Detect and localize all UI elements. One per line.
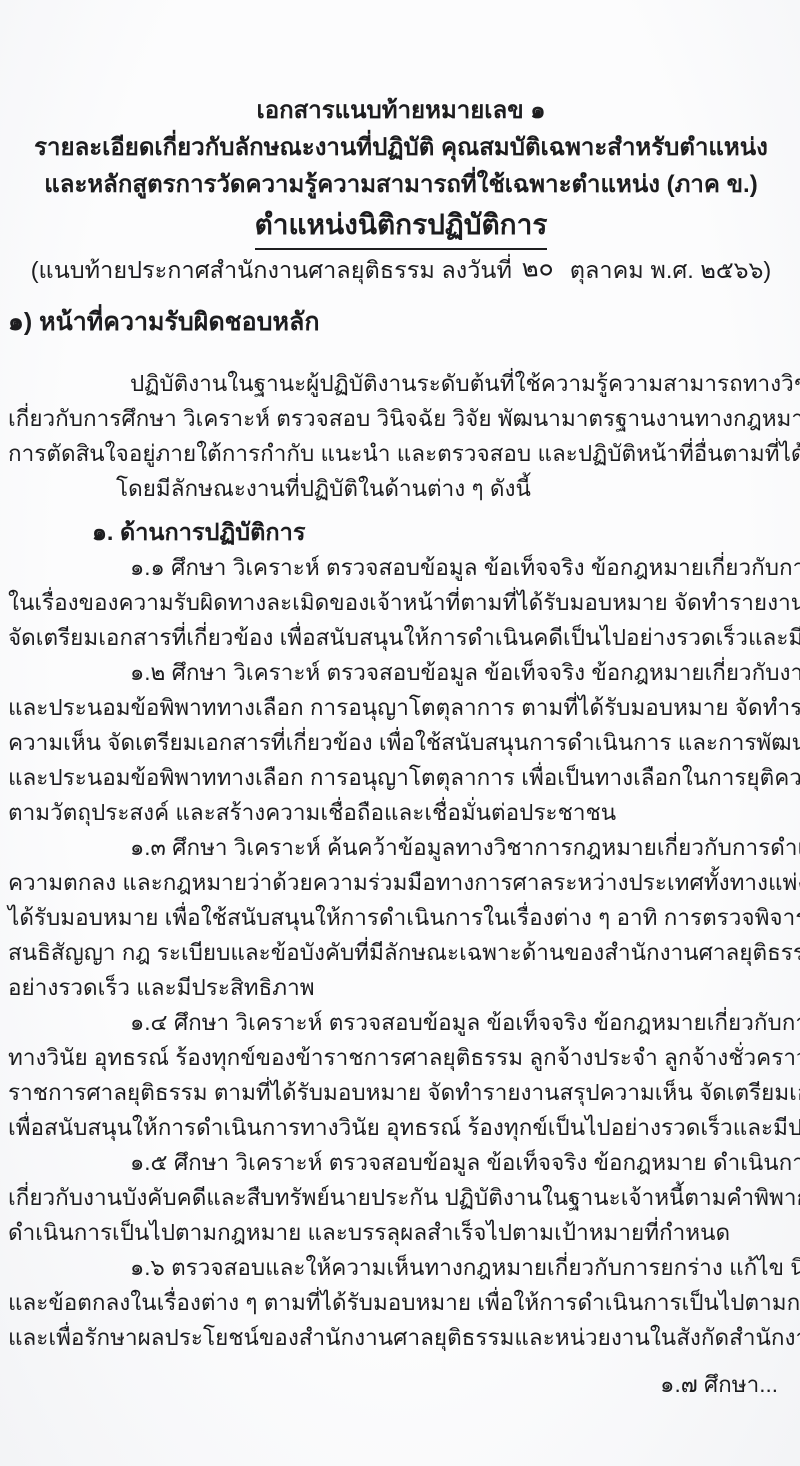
document-page: เอกสารแนบท้ายหมายเลข ๑ รายละเอียดเกี่ยวก… xyxy=(0,0,800,1466)
subsection-operations-heading: ๑. ด้านการปฏิบัติการ xyxy=(8,514,794,550)
text-line: ราชการศาลยุติธรรม ตามที่ได้รับมอบหมาย จั… xyxy=(8,1075,794,1110)
duty-item-1-2: ๑.๒ ศึกษา วิเคราะห์ ตรวจสอบข้อมูล ข้อเท็… xyxy=(8,655,794,830)
text-line: ๑.๒ ศึกษา วิเคราะห์ ตรวจสอบข้อมูล ข้อเท็… xyxy=(8,655,794,690)
attachment-number-line: เอกสารแนบท้ายหมายเลข ๑ xyxy=(8,92,794,129)
text-line: และข้อตกลงในเรื่องต่าง ๆ ตามที่ได้รับมอบ… xyxy=(8,1285,794,1320)
text-line: ๑.๖ ตรวจสอบและให้ความเห็นทางกฎหมายเกี่ยว… xyxy=(8,1250,794,1285)
text-line: และเพื่อรักษาผลประโยชน์ของสำนักงานศาลยุต… xyxy=(8,1320,794,1355)
text-line: เกี่ยวกับการศึกษา วิเคราะห์ ตรวจสอบ วินิ… xyxy=(8,401,794,436)
text-line: ๑.๑ ศึกษา วิเคราะห์ ตรวจสอบข้อมูล ข้อเท็… xyxy=(8,550,794,585)
job-detail-line: รายละเอียดเกี่ยวกับลักษณะงานที่ปฏิบัติ ค… xyxy=(8,129,794,166)
intro-paragraph: ปฏิบัติงานในฐานะผู้ปฏิบัติงานระดับต้นที่… xyxy=(8,366,794,506)
handwritten-date: ๒๐ xyxy=(520,247,554,289)
text-line: ดำเนินการเป็นไปตามกฎหมาย และบรรลุผลสำเร็… xyxy=(8,1215,794,1250)
position-title: ตำแหน่งนิติกรปฏิบัติการ xyxy=(255,203,548,250)
text-line: ตามวัตถุประสงค์ และสร้างความเชื่อถือและเ… xyxy=(8,795,794,830)
duty-item-1-3: ๑.๓ ศึกษา วิเคราะห์ ค้นคว้าข้อมูลทางวิชา… xyxy=(8,830,794,1005)
duty-item-1-1: ๑.๑ ศึกษา วิเคราะห์ ตรวจสอบข้อมูล ข้อเท็… xyxy=(8,550,794,655)
duty-item-1-6: ๑.๖ ตรวจสอบและให้ความเห็นทางกฎหมายเกี่ยว… xyxy=(8,1250,794,1355)
duty-item-1-5: ๑.๕ ศึกษา วิเคราะห์ ตรวจสอบข้อมูล ข้อเท็… xyxy=(8,1145,794,1250)
text-line: และประนอมข้อพิพาททางเลือก การอนุญาโตตุลา… xyxy=(8,690,794,725)
text-line: ในเรื่องของความรับผิดทางละเมิดของเจ้าหน้… xyxy=(8,585,794,620)
document-header: เอกสารแนบท้ายหมายเลข ๑ รายละเอียดเกี่ยวก… xyxy=(8,92,794,290)
section-main-duties: ๑) หน้าที่ความรับผิดชอบหลัก ปฏิบัติงานใน… xyxy=(8,304,794,1355)
text-line: ๑.๕ ศึกษา วิเคราะห์ ตรวจสอบข้อมูล ข้อเท็… xyxy=(8,1145,794,1180)
text-line: โดยมีลักษณะงานที่ปฏิบัติในด้านต่าง ๆ ดัง… xyxy=(8,471,794,506)
text-line: เกี่ยวกับงานบังคับคดีและสืบทรัพย์นายประก… xyxy=(8,1180,794,1215)
text-line: อย่างรวดเร็ว และมีประสิทธิภาพ xyxy=(8,970,794,1005)
text-line: ๑.๓ ศึกษา วิเคราะห์ ค้นคว้าข้อมูลทางวิชา… xyxy=(8,830,794,865)
text-line: การตัดสินใจอยู่ภายใต้การกำกับ แนะนำ และต… xyxy=(8,436,794,471)
text-line: ปฏิบัติงานในฐานะผู้ปฏิบัติงานระดับต้นที่… xyxy=(8,366,794,401)
text-line: เพื่อสนับสนุนให้การดำเนินการทางวินัย อุท… xyxy=(8,1110,794,1145)
text-line: ความเห็น จัดเตรียมเอกสารที่เกี่ยวข้อง เพ… xyxy=(8,725,794,760)
text-line: ความตกลง และกฎหมายว่าด้วยความร่วมมือทางก… xyxy=(8,865,794,900)
duty-item-1-4: ๑.๔ ศึกษา วิเคราะห์ ตรวจสอบข้อมูล ข้อเท็… xyxy=(8,1005,794,1145)
text-line: ทางวินัย อุทธรณ์ ร้องทุกข์ของข้าราชการศา… xyxy=(8,1040,794,1075)
section-1-heading: ๑) หน้าที่ความรับผิดชอบหลัก xyxy=(8,304,794,340)
page-continuation-marker: ๑.๗ ศึกษา... xyxy=(8,1367,794,1402)
curriculum-line: และหลักสูตรการวัดความรู้ความสามารถที่ใช้… xyxy=(8,166,794,203)
attachment-note-line: (แนบท้ายประกาศสำนักงานศาลยุติธรรม ลงวันท… xyxy=(8,250,794,290)
text-line: ๑.๔ ศึกษา วิเคราะห์ ตรวจสอบข้อมูล ข้อเท็… xyxy=(8,1005,794,1040)
text-line: จัดเตรียมเอกสารที่เกี่ยวข้อง เพื่อสนับสน… xyxy=(8,620,794,655)
attachment-note-suffix: ตุลาคม พ.ศ. ๒๕๖๖) xyxy=(570,257,772,283)
attachment-note-prefix: (แนบท้ายประกาศสำนักงานศาลยุติธรรม ลงวันท… xyxy=(31,257,512,283)
text-line: ได้รับมอบหมาย เพื่อใช้สนับสนุนให้การดำเน… xyxy=(8,900,794,935)
text-line: สนธิสัญญา กฎ ระเบียบและข้อบังคับที่มีลัก… xyxy=(8,935,794,970)
position-title-line: ตำแหน่งนิติกรปฏิบัติการ xyxy=(8,203,794,250)
text-line: และประนอมข้อพิพาททางเลือก การอนุญาโตตุลา… xyxy=(8,760,794,795)
